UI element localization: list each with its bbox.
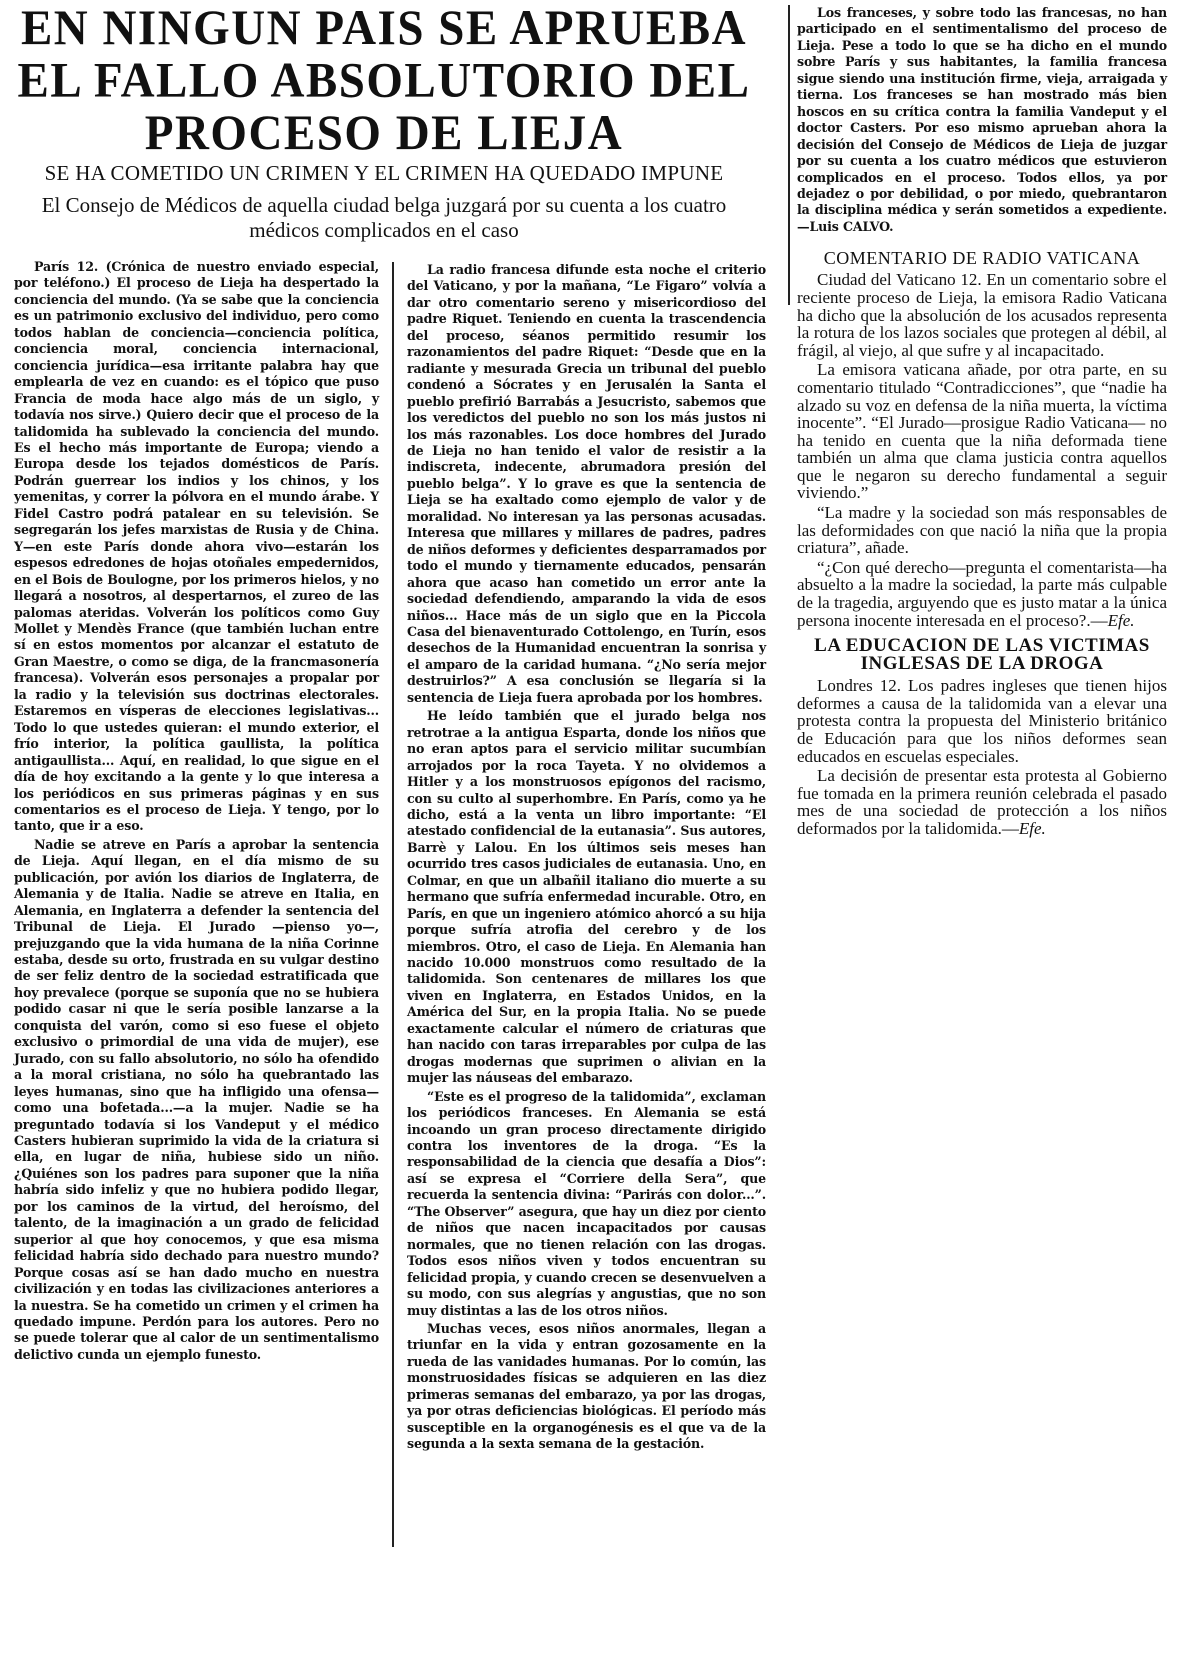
london-sidebar-title: LA EDUCACION DE LAS VICTIMAS INGLESAS DE… (797, 637, 1167, 673)
body-paragraph: París 12. (Crónica de nuestro enviado es… (14, 259, 379, 835)
headline-line-1: EN NINGUN PAIS SE APRUEBA (6, 2, 762, 54)
body-paragraph: La decisión de presentar esta protesta a… (797, 767, 1167, 837)
deck: El Consejo de Médicos de aquella ciudad … (6, 193, 762, 243)
body-paragraph: La emisora vaticana añade, por otra part… (797, 361, 1167, 502)
body-paragraph: “La madre y la sociedad son más responsa… (797, 504, 1167, 557)
body-paragraph: Ciudad del Vaticano 12. En un comentario… (797, 271, 1167, 359)
newspaper-page: EN NINGUN PAIS SE APRUEBA EL FALLO ABSOL… (0, 0, 1181, 1659)
agency-credit: Efe. (1108, 611, 1135, 630)
middle-column: La radio francesa difunde esta noche el … (407, 262, 766, 1453)
column-rule-left (392, 262, 394, 1547)
vatican-sidebar: COMENTARIO DE RADIO VATICANA Ciudad del … (797, 249, 1167, 629)
headline: EN NINGUN PAIS SE APRUEBA EL FALLO ABSOL… (6, 2, 762, 160)
byline: Luis CALVO. (809, 219, 893, 234)
column-rule-right (788, 5, 790, 305)
left-column: París 12. (Crónica de nuestro enviado es… (14, 259, 379, 1363)
subheadline: SE HA COMETIDO UN CRIMEN Y EL CRIMEN HA … (6, 162, 762, 185)
body-paragraph: Los franceses, y sobre todo las francesa… (797, 5, 1167, 235)
article-conclusion: Los franceses, y sobre todo las francesa… (797, 5, 1167, 235)
vatican-sidebar-title: COMENTARIO DE RADIO VATICANA (797, 249, 1167, 267)
london-sidebar: LA EDUCACION DE LAS VICTIMAS INGLESAS DE… (797, 637, 1167, 837)
body-paragraph: La radio francesa difunde esta noche el … (407, 262, 766, 706)
headline-line-2: EL FALLO ABSOLUTORIO DEL (6, 54, 762, 106)
body-paragraph: “¿Con qué derecho—pregunta el comentaris… (797, 559, 1167, 629)
body-paragraph: Nadie se atreve en París a aprobar la se… (14, 837, 379, 1364)
body-paragraph: Muchas veces, esos niños anormales, lleg… (407, 1321, 766, 1453)
body-paragraph: “Este es el progreso de la talidomida”, … (407, 1089, 766, 1319)
headline-line-3: PROCESO DE LIEJA (6, 107, 762, 160)
right-column: Los franceses, y sobre todo las francesa… (797, 5, 1167, 838)
body-paragraph: He leído también que el jurado belga nos… (407, 708, 766, 1086)
body-text: La decisión de presentar esta protesta a… (797, 766, 1167, 838)
article-header: EN NINGUN PAIS SE APRUEBA EL FALLO ABSOL… (6, 2, 762, 243)
body-paragraph: Londres 12. Los padres ingleses que tien… (797, 677, 1167, 765)
conclusion-text: Los franceses, y sobre todo las francesa… (797, 5, 1167, 234)
agency-credit: Efe. (1019, 819, 1046, 838)
